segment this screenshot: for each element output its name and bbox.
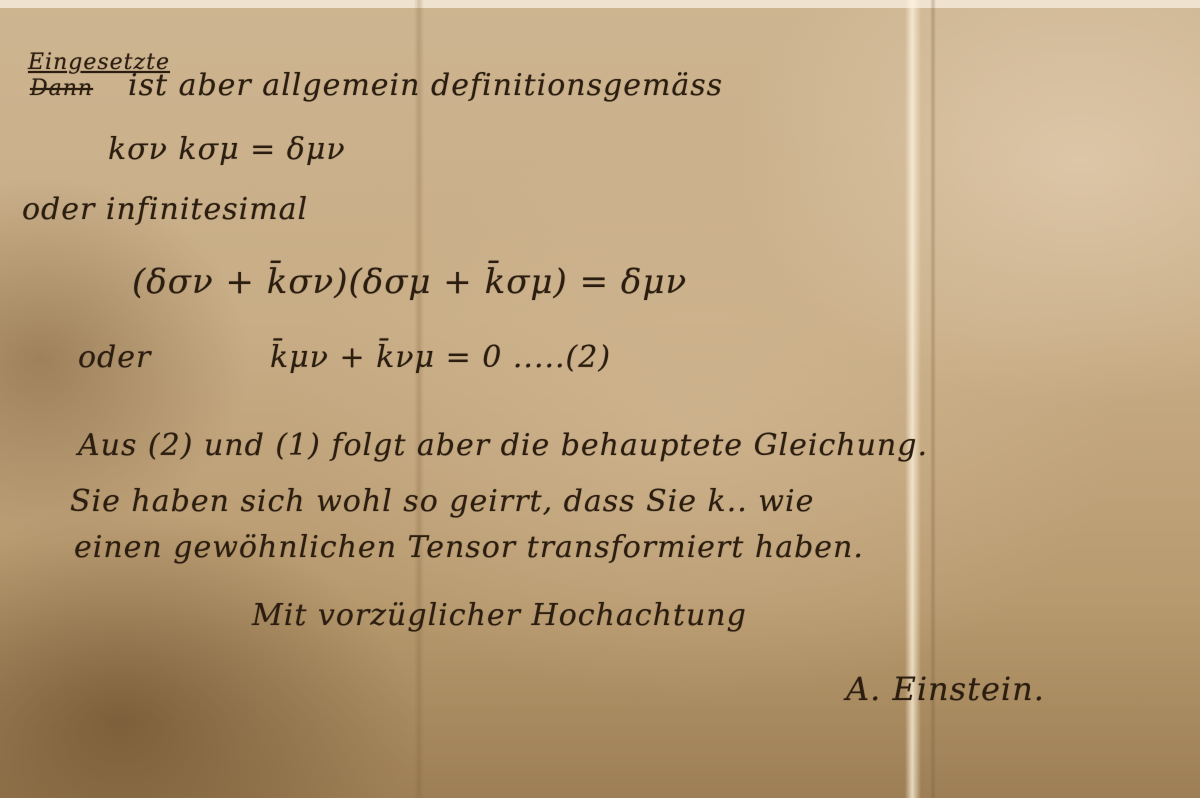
text-line-1: ist aber allgemein definitionsgemäss: [128, 68, 723, 103]
text-line-8: einen gewöhnlichen Tensor transformiert …: [74, 530, 864, 565]
signature: A. Einstein.: [846, 670, 1045, 708]
equation-2: (δσν + k̄σν)(δσμ + k̄σμ) = δμν: [132, 262, 687, 302]
paper-top-edge: [0, 0, 1200, 8]
equation-3-label: oder: [78, 340, 151, 375]
closing-line: Mit vorzüglicher Hochachtung: [252, 598, 747, 633]
text-line-7: Sie haben sich wohl so geirrt, dass Sie …: [70, 484, 814, 519]
struck-word: Dann: [30, 76, 93, 101]
text-line-3: oder infinitesimal: [22, 192, 308, 227]
equation-3: k̄μν + k̄νμ = 0 .....(2): [270, 340, 611, 375]
text-line-6: Aus (2) und (1) folgt aber die behauptet…: [78, 428, 928, 463]
letter-paper: Eingesetzte Dann ist aber allgemein defi…: [0, 0, 1200, 798]
equation-1: kσν kσμ = δμν: [108, 132, 346, 167]
paper-fold-line: [414, 0, 424, 798]
